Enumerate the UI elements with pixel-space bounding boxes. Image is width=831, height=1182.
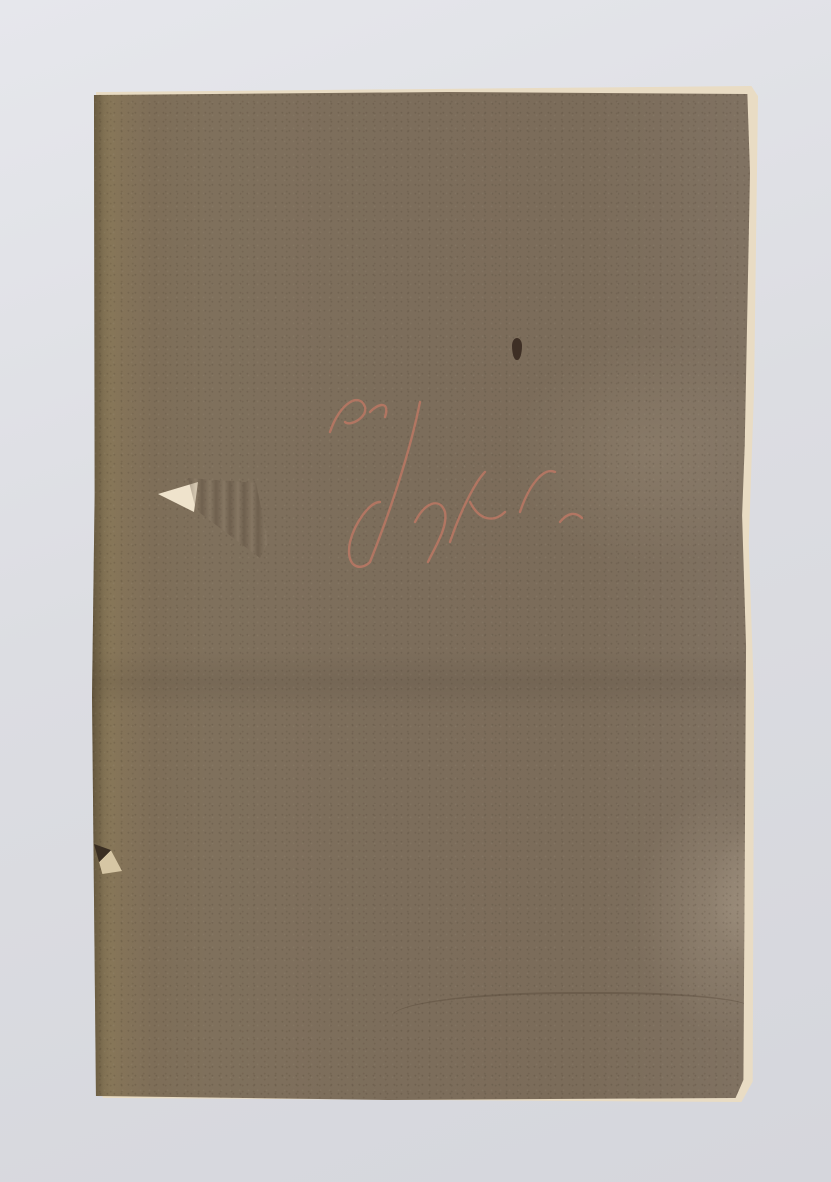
paper-texture (92, 92, 750, 1100)
water-stain (392, 992, 752, 1074)
photo-scene: Un... (0, 0, 831, 1182)
booklet-cover: Un... (92, 92, 750, 1100)
fold-crease (92, 652, 750, 712)
